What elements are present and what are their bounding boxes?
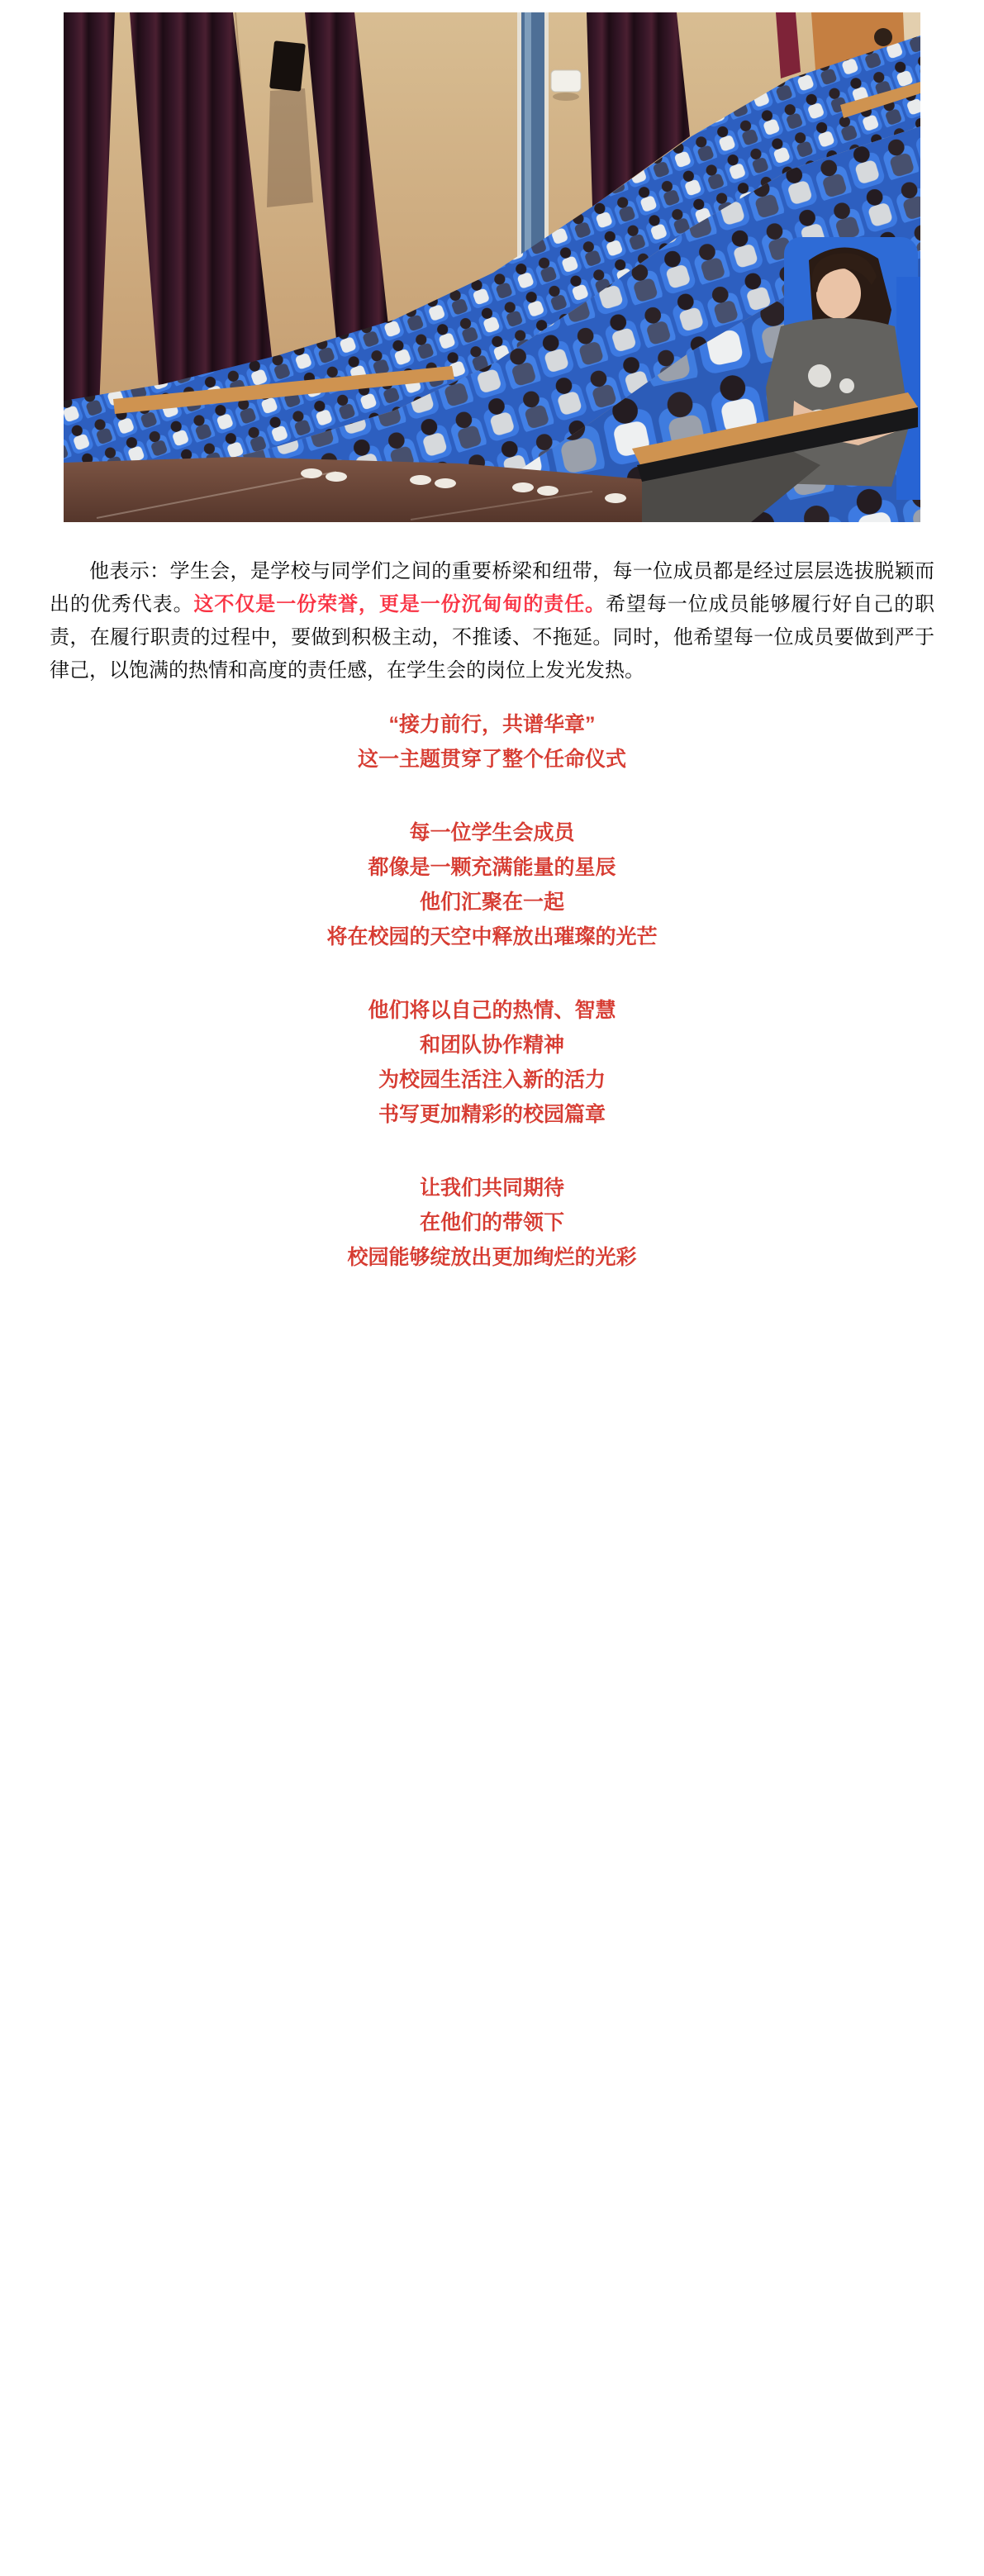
verse-line: 将在校园的天空中释放出璀璨的光芒 (50, 920, 934, 954)
red-verse-section: “接力前行，共谱华章” 这一主题贯穿了整个任命仪式 每一位学生会成员 都像是一颗… (50, 707, 934, 1314)
verse-line: “接力前行，共谱华章” (50, 707, 934, 742)
verse-line: 为校园生活注入新的活力 (50, 1062, 934, 1097)
verse-block-expectation: 让我们共同期待 在他们的带领下 校园能够绽放出更加绚烂的光彩 (50, 1171, 934, 1275)
verse-line: 这一主题贯穿了整个任命仪式 (50, 742, 934, 777)
wall-mounted-device (551, 70, 581, 101)
paragraph-red-highlight: 这不仅是一份荣誉，更是一份沉甸甸的责任。 (194, 593, 606, 615)
article-page: { "article": { "paragraph": { "part1": "… (0, 0, 984, 2576)
verse-block-spirit: 他们将以自己的热情、智慧 和团队协作精神 为校园生活注入新的活力 书写更加精彩的… (50, 993, 934, 1132)
verse-line: 让我们共同期待 (50, 1171, 934, 1205)
verse-line: 和团队协作精神 (50, 1028, 934, 1062)
verse-line: 他们汇聚在一起 (50, 885, 934, 920)
verse-line: 他们将以自己的热情、智慧 (50, 993, 934, 1028)
auditorium-photo (64, 12, 920, 522)
verse-line: 都像是一颗充满能量的星辰 (50, 850, 934, 885)
verse-line: 在他们的带领下 (50, 1205, 934, 1240)
auditorium-photo-illustration (64, 12, 920, 522)
article-paragraph: 他表示：学生会，是学校与同学们之间的重要桥梁和纽带，每一位成员都是经过层层选拔脱… (50, 555, 934, 687)
verse-line: 校园能够绽放出更加绚烂的光彩 (50, 1240, 934, 1275)
verse-block-theme: “接力前行，共谱华章” 这一主题贯穿了整个任命仪式 (50, 707, 934, 777)
verse-line: 书写更加精彩的校园篇章 (50, 1097, 934, 1132)
verse-block-members: 每一位学生会成员 都像是一颗充满能量的星辰 他们汇聚在一起 将在校园的天空中释放… (50, 815, 934, 954)
verse-line: 每一位学生会成员 (50, 815, 934, 850)
round-vent (874, 28, 892, 46)
wall-window-strip (517, 12, 549, 264)
